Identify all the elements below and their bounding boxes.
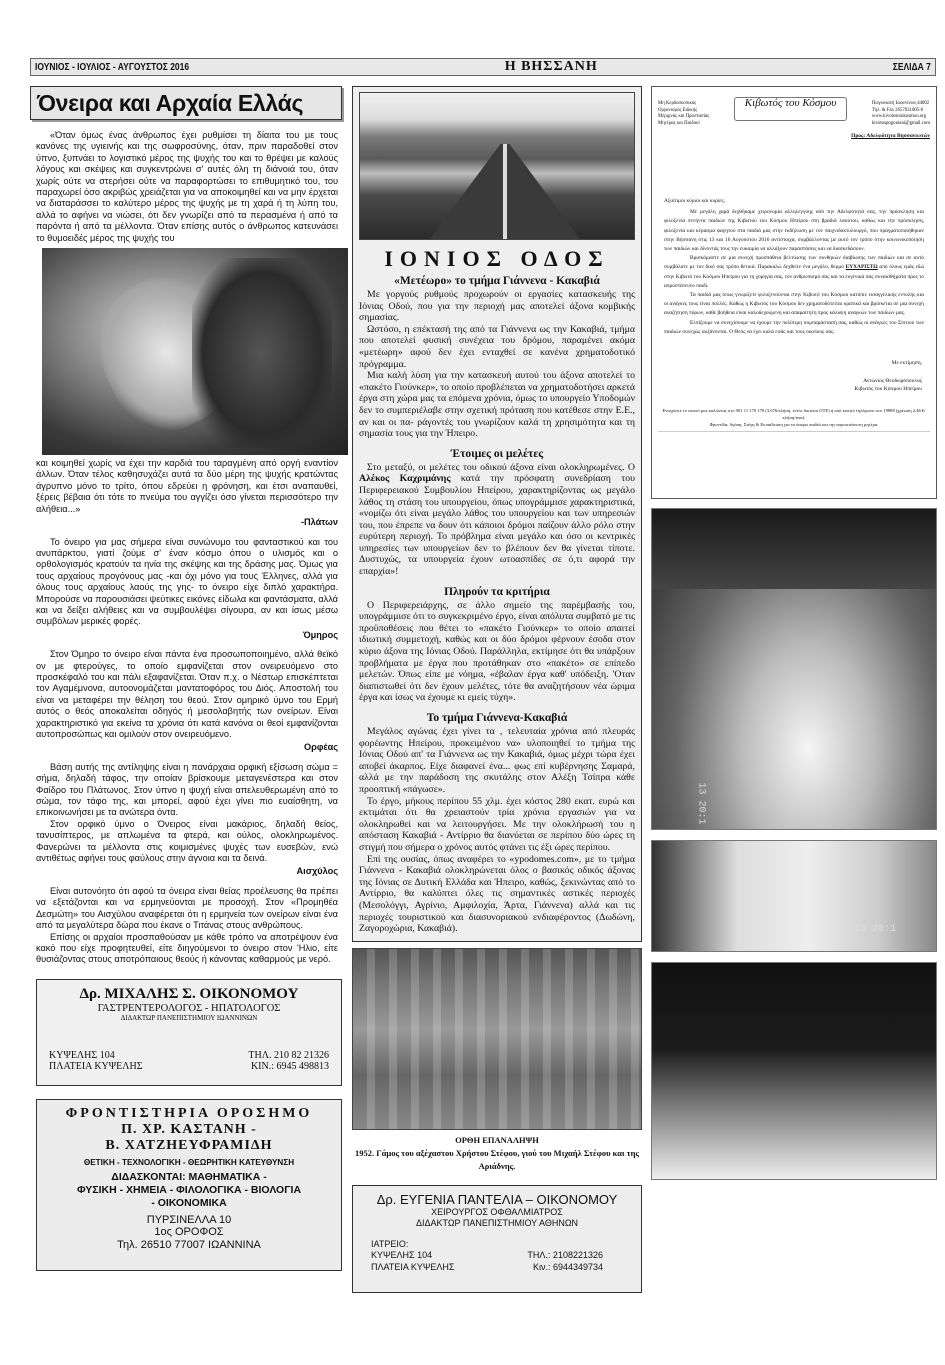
dreams-article: «Όταν όμως ένας άνθρωπος έχει ρυθμίσει τ… — [30, 130, 342, 966]
signature-plato: -Πλάτων — [36, 517, 338, 528]
article-subtitle: «Μετέωρο» το τμήμα Γιάννενα - Κακαβιά — [359, 275, 635, 287]
address: ΠΥΡΣΙΝΕΛΛΑ 10 — [43, 1214, 335, 1227]
caption-title: ΟΡΘΗ ΕΠΑΝΑΛΗΨΗ — [352, 1134, 642, 1147]
letter-recipient: Προς: Αδελφότητα Βησσανιωτών — [658, 133, 930, 139]
owner-name: Π. ΧΡ. ΚΑΣΤΑΝΗ - — [43, 1122, 335, 1138]
group-photo: 13 20:1 — [651, 840, 937, 952]
tracks: ΘΕΤΙΚΗ - ΤΕΧΝΟΛΟΓΙΚΗ - ΘΕΩΡΗΤΙΚΗ ΚΑΤΕΥΘΥ… — [43, 1158, 335, 1167]
photo-caption: ΟΡΘΗ ΕΠΑΝΑΛΗΨΗ 1952. Γάμος του αξέχαστου… — [352, 1134, 642, 1173]
letter-signature: Με εκτίμηση, Αντώνιος Θεοδωρόπουλος Κιβω… — [658, 359, 930, 393]
paragraph: και κοιμηθεί χωρίς να έχει την καρδιά το… — [36, 458, 338, 515]
issue-date: ΙΟΥΝΙΟΣ - ΙΟΥΛΙΟΣ - ΑΥΓΟΥΣΤΟΣ 2016 — [35, 62, 189, 73]
owner-name: Β. ΧΑΤΖΗΕΥΦΡΑΜΙΔΗ — [43, 1138, 335, 1154]
closing: Με εκτίμηση, — [658, 359, 922, 367]
signer-org: Κιβωτός του Κόσμου Ηπείρου — [658, 385, 922, 393]
doctor-degree: ΔΙΔΑΚΤΩΡ ΠΑΝΕΠΙΣΤΗΜΙΟΥ ΑΘΗΝΩΝ — [371, 1218, 623, 1229]
address-line: ΠΛΑΤΕΙΑ ΚΥΨΕΛΗΣ — [49, 1061, 143, 1072]
address-line: ΚΥΨΕΛΗΣ 104 — [49, 1050, 115, 1061]
mobile: Κιν.: 6944349734 — [533, 1261, 603, 1273]
school-name: ΦΡΟΝΤΙΣΤΗΡΙΑ ΟΡΟΣΗΜΟ — [43, 1106, 335, 1122]
org-line: kivotospogoniani@gmail.com — [872, 121, 930, 128]
section-heading: Έτοιμες οι μελέτες — [359, 448, 635, 460]
footer-line: Ενισχύστε το σκοπό μας καλώντας στο 901 … — [658, 407, 930, 421]
paragraph: Με μεγάλη χαρά δεχθήκαμε χειρονομία αλλη… — [664, 208, 924, 254]
subjects: ΦΥΣΙΚΗ - ΧΗΜΕΙΑ - ΦΙΛΟΛΟΓΙΚΑ - ΒΙΟΛΟΓΙΑ — [43, 1184, 335, 1197]
doctor-specialty: ΧΕΙΡΟΥΡΓΟΣ ΟΦΘΑΛΜΙΑΤΡΟΣ — [371, 1207, 623, 1218]
paragraph: Ωστόσο, η επέκτασή της από τα Γιάννενα ω… — [359, 324, 635, 370]
page-number: ΣΕΛΙΔΑ 7 — [893, 62, 931, 73]
caption-text: 1952. Γάμος του αξέχαστου Χρήστου Στέφου… — [352, 1147, 642, 1173]
column-dreams: Όνειρα και Αρχαία Ελλάς «Όταν όμως ένας … — [30, 86, 342, 1271]
paragraph: «Όταν όμως ένας άνθρωπος έχει ρυθμίσει τ… — [36, 130, 338, 244]
concert-photo — [651, 962, 937, 1180]
paragraph: Βρισκόμαστε σε μια συνεχή προσπάθεια βελ… — [664, 254, 924, 291]
doctor-name: Δρ. ΕΥΓΕΝΙΑ ΠΑΝΤΕΛΙΑ – ΟΙΚΟΝΟΜΟΥ — [371, 1192, 623, 1207]
paragraph: Μια καλή λύση για την κατασκευή αυτού το… — [359, 370, 635, 440]
ionia-road-article: ΙΟΝΙΟΣ ΟΔΟΣ «Μετέωρο» το τμήμα Γιάννενα … — [352, 86, 642, 942]
paragraph: Με γοργούς ρυθμούς προχωρούν οι εργασίες… — [359, 289, 635, 324]
paragraph: Είναι αυτονόητο ότι αφού τα όνειρα είναι… — [36, 886, 338, 932]
org-line: Πωγωνιανή Ιωαννίνων,44002 — [872, 101, 930, 108]
wedding-1952-photo — [352, 948, 642, 1130]
signature-homer: Όμηρος — [36, 630, 338, 641]
dreams-title-box: Όνειρα και Αρχαία Ελλάς — [30, 86, 342, 120]
paragraph: Το όνειρο για μας σήμερα είναι συνώνυμο … — [36, 537, 338, 628]
ad-ophthalmologist: Δρ. ΕΥΓΕΝΙΑ ΠΑΝΤΕΛΙΑ – ΟΙΚΟΝΟΜΟΥ ΧΕΙΡΟΥΡ… — [352, 1185, 642, 1293]
doctor-name: Δρ. ΜΙΧΑΛΗΣ Σ. ΟΙΚΟΝΟΜΟΥ — [49, 986, 329, 1003]
thanks-word: ΕΥΧΑΡΙΣΤΩ — [846, 264, 878, 270]
date-stamp: 13 20:1 — [696, 782, 707, 824]
article-title: ΙΟΝΙΟΣ ΟΔΟΣ — [359, 246, 635, 272]
paragraph: Στο μεταξύ, οι μελέτες του οδικού άξονα … — [359, 462, 635, 578]
letterhead: Μη Κερδοσκοπικός Οργανισμός Ειδικής Μέρι… — [658, 101, 930, 127]
dinner-photo: 13 20:1 — [651, 508, 937, 830]
painting-image — [42, 248, 348, 455]
column-ionia-road: ΙΟΝΙΟΣ ΟΔΟΣ «Μετέωρο» το τμήμα Γιάννενα … — [352, 86, 642, 1293]
highway-photo — [359, 92, 635, 240]
ad-tutoring-school: ΦΡΟΝΤΙΣΤΗΡΙΑ ΟΡΟΣΗΜΟ Π. ΧΡ. ΚΑΣΤΑΝΗ - Β.… — [36, 1099, 342, 1271]
section-heading: Το τμήμα Γιάννενα-Κακαβιά — [359, 712, 635, 724]
address-line: ΠΛΑΤΕΙΑ ΚΥΨΕΛΗΣ — [371, 1261, 454, 1273]
paragraph: Ο Περιφερειάρχης, σε άλλο σημείο της παρ… — [359, 600, 635, 704]
signature-orpheus: Ορφέας — [36, 742, 338, 753]
doctor-specialty: ΓΑΣΤΡΕΝΤΕΡΟΛΟΓΟΣ - ΗΠΑΤΟΛΟΓΟΣ — [49, 1003, 329, 1014]
paragraph: Βάση αυτής της αντίληψης είναι η πανάρχα… — [36, 762, 338, 819]
org-line: Μέριμνας και Προστασίας — [658, 114, 709, 121]
paragraph: Στον ορφικό ύμνο ο Όνειρος είναι μακάριο… — [36, 819, 338, 865]
org-logo-scroll: Κιβωτός του Κόσμου — [734, 97, 848, 121]
paragraph: Επί της ουσίας, όπως αναφέρει το «ypodom… — [359, 854, 635, 935]
text: κατά την πρόσφατη συνεδρίαση του Περιφερ… — [359, 473, 635, 577]
org-info-right: Πωγωνιανή Ιωαννίνων,44002 Τηλ. & Fax 265… — [872, 101, 930, 127]
paragraph: Επίσης οι αρχαίοι προσπαθούσαν με κάθε τ… — [36, 932, 338, 966]
subjects: - ΟΙΚΟΝΟΜΙΚΑ — [43, 1197, 335, 1210]
phone: ΤΗΛ.: 2108221326 — [527, 1249, 603, 1261]
subjects: ΔΙΔΑΣΚΟΝΤΑΙ: ΜΑΘΗΜΑΤΙΚΑ - — [43, 1171, 335, 1184]
footer-line: Φροντίδα, Αγάπη, Στέγη & Εκπαίδευση για … — [658, 421, 930, 428]
newspaper-title: Η ΒΗΣΣΑΝΗ — [505, 59, 598, 75]
office-label: ΙΑΤΡΕΙΟ: — [371, 1239, 623, 1249]
letter-footer: Ενισχύστε το σκοπό μας καλώντας στο 901 … — [658, 407, 930, 432]
paragraph: Στον Όμηρο το όνειρο είναι πάντα ένα προ… — [36, 649, 338, 740]
phone: ΤΗΛ. 210 82 21326 — [248, 1050, 329, 1061]
person-name: Αλέκος Καχριμάνης — [359, 473, 450, 484]
page-header: ΙΟΥΝΙΟΣ - ΙΟΥΛΙΟΣ - ΑΥΓΟΥΣΤΟΣ 2016 Η ΒΗΣ… — [30, 58, 936, 76]
floor: 1ος ΟΡΟΦΟΣ — [43, 1226, 335, 1239]
org-line: www.kivotostoukosmou.org — [872, 114, 930, 121]
org-info-left: Μη Κερδοσκοπικός Οργανισμός Ειδικής Μέρι… — [658, 101, 709, 127]
paragraph: Το έργο, μήκους περίπου 55 χλμ. έχει κόσ… — [359, 796, 635, 854]
dreams-title: Όνειρα και Αρχαία Ελλάς — [37, 90, 303, 117]
phone: Τηλ. 26510 77007 ΙΩΑΝΝΙΝΑ — [43, 1239, 335, 1252]
doctor-degree: ΔΙΔΑΚΤΩΡ ΠΑΝΕΠΙΣΤΗΜΙΟΥ ΙΩΑΝΝΙΝΩΝ — [49, 1014, 329, 1022]
date-stamp: 13 20:1 — [854, 924, 896, 935]
thank-you-letter: Μη Κερδοσκοπικός Οργανισμός Ειδικής Μέρι… — [651, 86, 937, 499]
org-line: Μητέρας και Παιδιού — [658, 121, 709, 128]
greeting: Αξιότιμοι κύριοι και κυρίες, — [664, 197, 924, 206]
signature-aeschylus: Αισχύλος — [36, 866, 338, 877]
signer-name: Αντώνιος Θεοδωρόπουλος — [658, 377, 922, 385]
address-line: ΚΥΨΕΛΗΣ 104 — [371, 1249, 432, 1261]
mobile: ΚΙΝ.: 6945 498813 — [251, 1061, 329, 1072]
letter-body: Αξιότιμοι κύριοι και κυρίες, Με μεγάλη χ… — [658, 197, 930, 337]
paragraph: Μεγάλος αγώνας έχει γίνει τα , τελευταία… — [359, 726, 635, 796]
ad-gastroenterologist: Δρ. ΜΙΧΑΛΗΣ Σ. ΟΙΚΟΝΟΜΟΥ ΓΑΣΤΡΕΝΤΕΡΟΛΟΓΟ… — [36, 979, 342, 1086]
section-heading: Πληρούν τα κριτήρια — [359, 586, 635, 598]
paragraph: Ελπίζουμε να συνεχίσουμε να έχουμε την π… — [664, 319, 924, 337]
paragraph: Τα παιδιά μας όπως γνωρίζετε φιλοξενούντ… — [664, 291, 924, 319]
text: Στο μεταξύ, οι μελέτες του οδικού άξονα … — [367, 462, 635, 473]
column-letter-photos: Μη Κερδοσκοπικός Οργανισμός Ειδικής Μέρι… — [651, 86, 937, 1180]
